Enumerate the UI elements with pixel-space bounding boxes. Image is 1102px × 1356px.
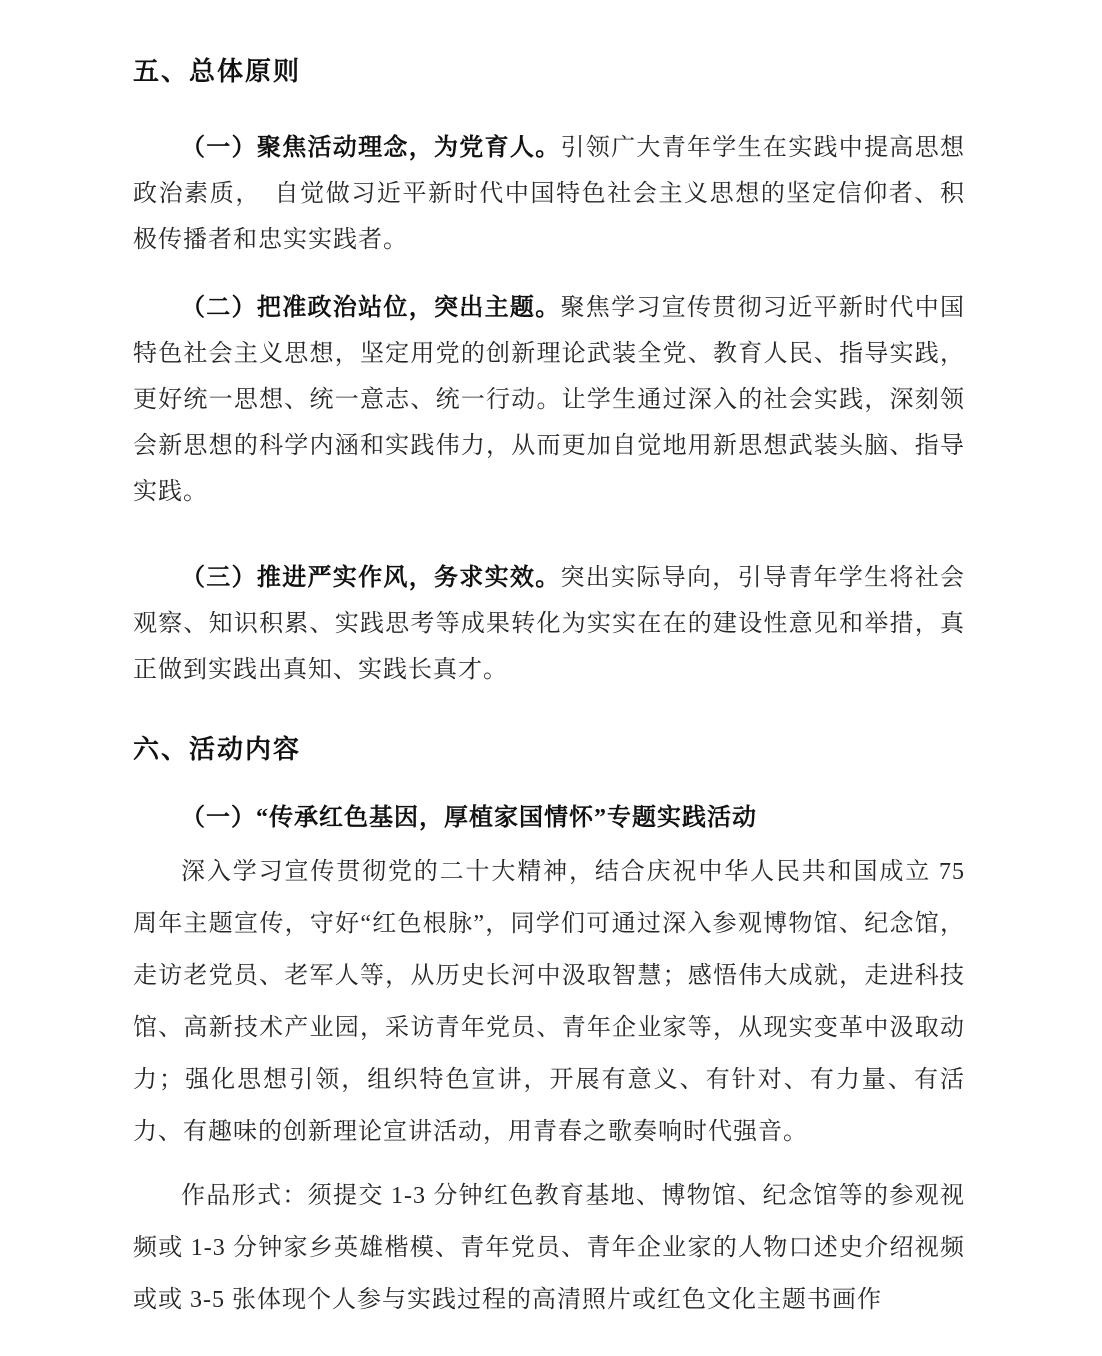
paragraph-3-lead: （三）推进严实作风，务求实效。	[181, 565, 561, 591]
section-six-paragraph-1: 深入学习宣传贯彻党的二十大精神，结合庆祝中华人民共和国成立 75 周年主题宣传，…	[133, 846, 965, 1158]
paragraph-2-lead: （二）把准政治站位，突出主题。	[181, 295, 561, 321]
document-page: 五、总体原则 （一）聚焦活动理念，为党育人。引领广大青年学生在实践中提高思想政治…	[0, 0, 1102, 1356]
section-six-paragraph-2: 作品形式：须提交 1-3 分钟红色教育基地、博物馆、纪念馆等的参观视频或 1-3…	[133, 1170, 965, 1326]
section-five-paragraph-2: （二）把准政治站位，突出主题。聚焦学习宣传贯彻习近平新时代中国特色社会主义思想，…	[133, 285, 965, 515]
section-six-subheading: （一）“传承红色基因，厚植家国情怀”专题实践活动	[133, 801, 965, 835]
section-five-paragraph-1: （一）聚焦活动理念，为党育人。引领广大青年学生在实践中提高思想政治素质， 自觉做…	[133, 125, 965, 263]
paragraph-2-text: 聚焦学习宣传贯彻习近平新时代中国特色社会主义思想，坚定用党的创新理论武装全党、教…	[133, 295, 965, 505]
section-five-paragraph-3: （三）推进严实作风，务求实效。突出实际导向，引导青年学生将社会观察、知识积累、实…	[133, 555, 965, 693]
section-five-heading: 五、总体原则	[133, 55, 965, 87]
section-six-heading: 六、活动内容	[133, 733, 965, 765]
paragraph-1-lead: （一）聚焦活动理念，为党育人。	[181, 135, 561, 161]
